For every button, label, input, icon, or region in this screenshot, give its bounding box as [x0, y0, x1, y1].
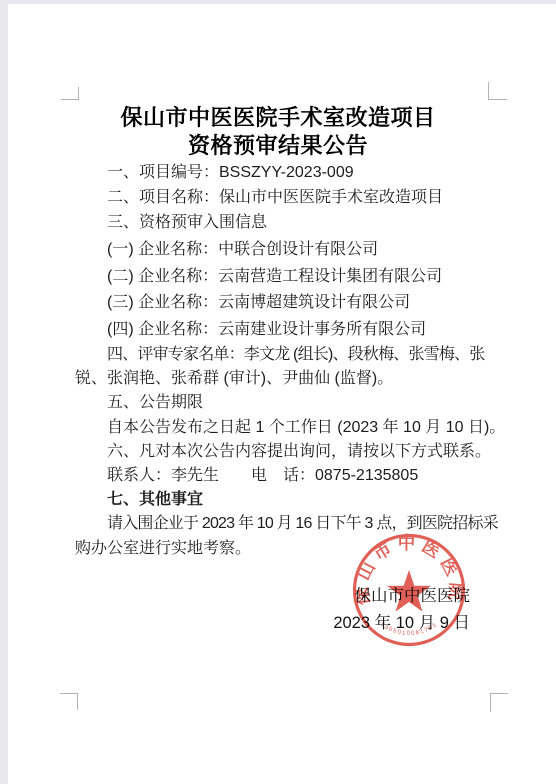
line-experts-1: 四、评审专家名单：李文龙 (组长)、段秋梅、张雪梅、张	[75, 343, 489, 367]
doc-title-line-1: 保山市中医医院手术室改造项目	[72, 104, 484, 132]
seal-star	[387, 570, 431, 612]
line-project-name: 二、项目名称：保山市中医医院手术室改造项目	[75, 185, 489, 210]
doc-title-line-2: 资格预审结果公告	[72, 132, 484, 160]
doc-title: 保山市中医医院手术室改造项目 资格预审结果公告	[72, 104, 484, 159]
margin-crop-mark-top-left	[61, 87, 79, 100]
line-section-5: 五、公告期限	[75, 391, 489, 415]
line-contact: 联系人：李先生 电 话：0875-2135805	[75, 464, 489, 488]
line-project-number: 一、项目编号：BSSZYY-2023-009	[75, 160, 489, 185]
doc-body: 一、项目编号：BSSZYY-2023-009 二、项目名称：保山市中医医院手术室…	[75, 160, 489, 561]
line-notice-period: 自本公告发布之日起 1 个工作日 (2023 年 10 月 10 日)。	[75, 416, 489, 440]
margin-crop-mark-bottom-left	[60, 693, 78, 710]
document-viewport: 保山市中医医院手术室改造项目 资格预审结果公告 一、项目编号：BSSZYY-20…	[0, 0, 556, 784]
line-experts-2: 锐、张润艳、张希群 (审计)、尹曲仙 (监督)。	[75, 367, 489, 391]
line-section-6: 六、凡对本次公告内容提出询问，请按以下方式联系。	[75, 440, 489, 464]
seal-code: 5305010081751	[379, 622, 439, 637]
line-section-7: 七、其他事宜	[75, 488, 489, 512]
margin-crop-mark-bottom-right	[490, 693, 508, 712]
margin-crop-mark-top-right	[488, 82, 507, 100]
line-company-4: (四) 企业名称：云南建业设计事务所有限公司	[75, 317, 489, 344]
line-company-3: (三) 企业名称：云南博超建筑设计有限公司	[75, 290, 489, 317]
line-company-2: (二) 企业名称：云南营造工程设计集团有限公司	[75, 264, 489, 291]
official-seal: 保山市中医医院 5305010081751	[348, 529, 470, 651]
line-company-1: (一) 企业名称：中联合创设计有限公司	[75, 237, 489, 264]
line-section-3: 三、资格预审入围信息	[75, 210, 489, 235]
